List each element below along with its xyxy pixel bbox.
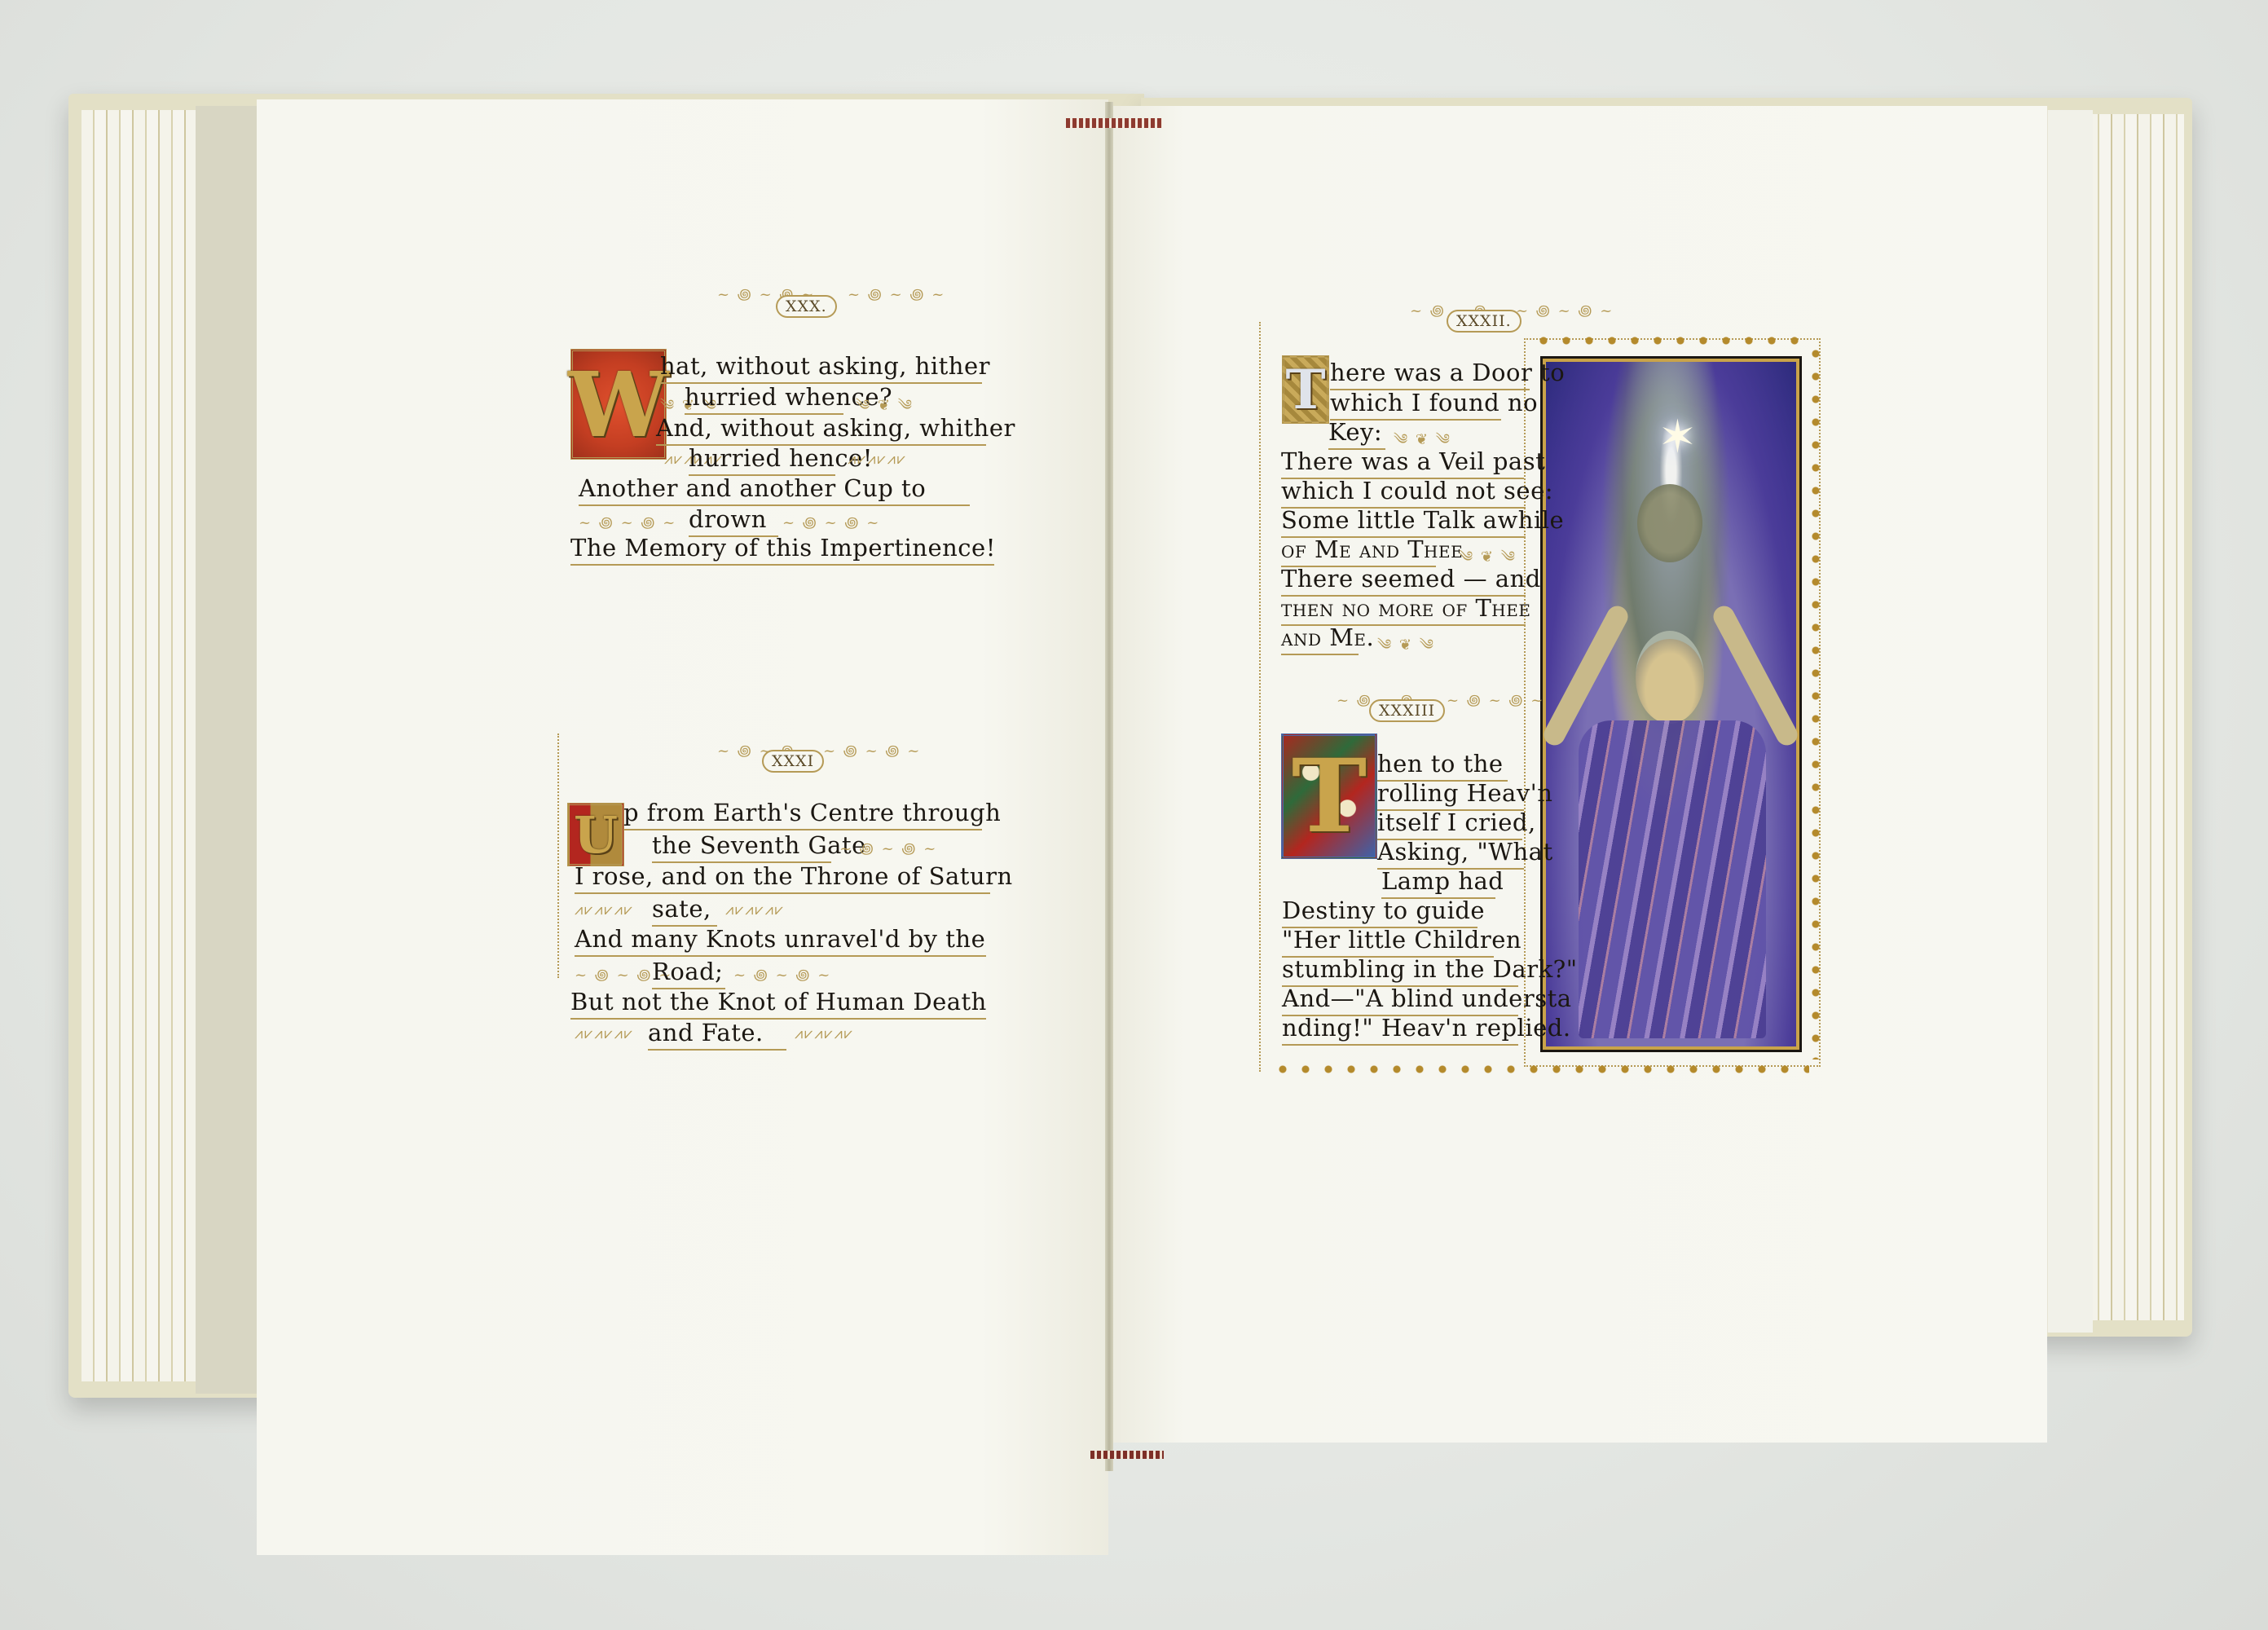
- verse-line: p from Earth's Centre through: [623, 799, 982, 830]
- verse-line: Another and another Cup to: [579, 474, 970, 506]
- zigzag-ornament-icon: ⩘⩗⩘⩗⩘⩗: [848, 451, 907, 468]
- verse-line: here was a Door to: [1330, 359, 1530, 390]
- scroll-ornament-icon: ~ ꩜ ~ ꩜ ~: [733, 964, 831, 985]
- verse-line: Destiny to guide: [1282, 896, 1478, 928]
- verse-line: hurried hence!: [689, 444, 835, 476]
- verse-line: Road;: [652, 958, 725, 989]
- verse-line: then no more of Thee: [1281, 594, 1526, 626]
- deckle-page-edges-right: [2086, 114, 2184, 1320]
- gilt-dot-border-right: [1804, 342, 1827, 1059]
- scroll-ornament-icon: ~ ꩜ ~ ꩜ ~: [848, 284, 945, 305]
- book-gutter: [1105, 102, 1113, 1471]
- stanza-numeral: XXXIII: [1369, 699, 1445, 722]
- verse-line: Asking, "What: [1377, 838, 1524, 870]
- vine-flourish: [557, 733, 562, 978]
- verse-line: drown: [689, 505, 778, 537]
- verse-line: Lamp had: [1381, 867, 1495, 899]
- verse-line: I rose, and on the Throne of Saturn: [575, 862, 990, 894]
- zigzag-ornament-icon: ⩘⩗⩘⩗⩘⩗: [795, 1025, 854, 1042]
- verse-line: itself I cried,: [1377, 808, 1522, 840]
- vine-ornament-icon: ༄ ❦ ༄: [1377, 629, 1435, 670]
- verse-line: There was a Veil past: [1281, 447, 1524, 479]
- headband-bottom: [1090, 1451, 1164, 1459]
- gilt-dot-border-top: [1532, 329, 1809, 352]
- verse-line: rolling Heav'n: [1377, 779, 1524, 811]
- stanza-numeral: XXXII.: [1447, 310, 1522, 333]
- stanza-numeral: XXX.: [776, 295, 837, 318]
- verse-line: The Memory of this Impertinence!: [570, 534, 994, 566]
- verse-line: hat, without asking, hither: [660, 352, 982, 384]
- verse-line: and Fate.: [648, 1019, 786, 1051]
- verse-line: And, without asking, whither: [656, 414, 986, 446]
- flyleaf-left: [196, 106, 257, 1394]
- gilt-vine-border-left: [1259, 322, 1267, 1072]
- verse-line: which I could not see:: [1281, 477, 1526, 509]
- scroll-ornament-icon: ~ ꩜ ~ ꩜ ~: [839, 838, 937, 859]
- scroll-ornament-icon: ~ ꩜ ~ ꩜ ~: [1516, 300, 1614, 321]
- scroll-ornament-icon: ~ ꩜ ~ ꩜ ~: [1447, 689, 1544, 711]
- illuminated-initial-u: U: [567, 803, 624, 866]
- zigzag-ornament-icon: ⩘⩗⩘⩗⩘⩗: [575, 1025, 634, 1042]
- verse-line: the Seventh Gate: [652, 831, 831, 863]
- verse-line: "Her little Children: [1282, 926, 1494, 958]
- illustration-painting: ✶: [1543, 359, 1799, 1050]
- illuminated-initial-t: T: [1282, 355, 1329, 424]
- stanza-numeral: XXXI: [762, 750, 824, 773]
- zigzag-ornament-icon: ⩘⩗⩘⩗⩘⩗: [725, 901, 785, 919]
- verse-line: of Me and Thee: [1281, 535, 1436, 567]
- verse-line: And—"A blind understa: [1282, 985, 1518, 1016]
- gilt-dot-border-bottom: [1271, 1058, 1809, 1081]
- verse-line: nding!" Heav'n replied.: [1282, 1014, 1518, 1046]
- headband-top: [1066, 118, 1162, 128]
- verse-line: But not the Knot of Human Death: [570, 988, 986, 1020]
- verse-line: sate,: [652, 895, 717, 927]
- verse-line: Key:: [1328, 418, 1385, 450]
- star-icon: ✶: [1658, 411, 1697, 464]
- flyleaf-right: [2046, 110, 2093, 1333]
- illuminated-initial-w: W: [570, 349, 667, 460]
- zigzag-ornament-icon: ⩘⩗⩘⩗⩘⩗: [575, 901, 634, 919]
- scroll-ornament-icon: ~ ꩜ ~ ꩜ ~: [782, 512, 880, 533]
- verse-line: and Me.: [1281, 623, 1359, 655]
- verse-line: And many Knots unravel'd by the: [575, 925, 986, 957]
- angel-figure: [1637, 484, 1702, 562]
- verse-line: which I found no: [1330, 389, 1501, 421]
- verse-line: hen to the: [1377, 750, 1508, 782]
- verse-line: There seemed — and: [1281, 565, 1526, 597]
- verse-line: stumbling in the Dark?": [1282, 955, 1518, 987]
- figure-head: [1636, 631, 1704, 724]
- illuminated-initial-t-interlace: T: [1281, 733, 1377, 859]
- draped-robe: [1579, 720, 1766, 1038]
- verse-line: Some little Talk awhile: [1281, 506, 1526, 538]
- scroll-ornament-icon: ~ ꩜ ~ ꩜ ~: [579, 512, 676, 533]
- scroll-ornament-icon: ~ ꩜ ~ ꩜ ~: [823, 740, 921, 761]
- verse-line: hurried whence?: [685, 383, 843, 415]
